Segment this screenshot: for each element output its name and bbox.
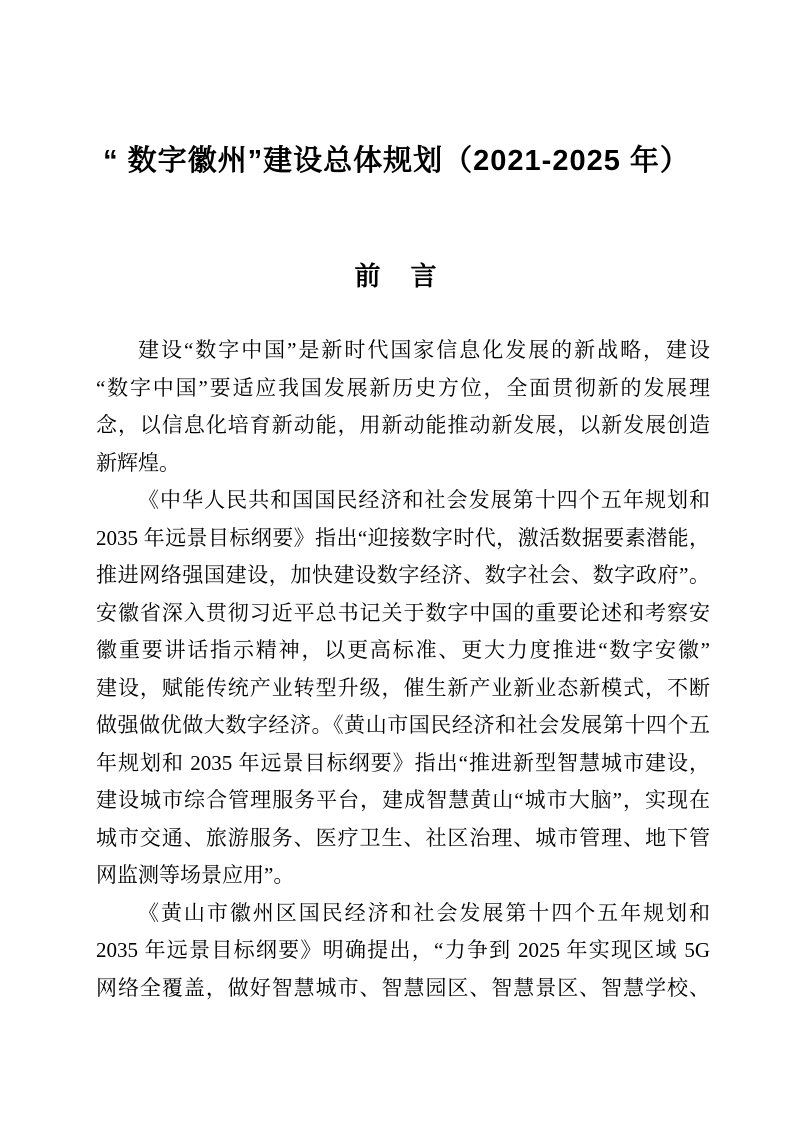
text-line: 做强做优做大数字经济。《黄山市国民经济和社会发展第十四个五: [96, 707, 710, 745]
text-line: 建设“数字中国”是新时代国家信息化发展的新战略，建设: [96, 332, 710, 370]
text-line: 《黄山市徽州区国民经济和社会发展第十四个五年规划和: [96, 895, 710, 933]
text-line: 年规划和 2035 年远景目标纲要》指出“推进新型智慧城市建设，: [96, 745, 710, 783]
text-line: 建设，赋能传统产业转型升级，催生新产业新业态新模式，不断: [96, 670, 710, 708]
text-line: 念，以信息化培育新动能，用新动能推动新发展，以新发展创造: [96, 407, 710, 445]
text-line: 《中华人民共和国国民经济和社会发展第十四个五年规划和: [96, 482, 710, 520]
text-line: 网络全覆盖，做好智慧城市、智慧园区、智慧景区、智慧学校、: [96, 970, 710, 1008]
text-line: 网监测等场景应用”。: [96, 857, 710, 895]
document-title: “ 数字徽州”建设总体规划（2021-2025 年）: [0, 141, 793, 181]
document-page: “ 数字徽州”建设总体规划（2021-2025 年） 前 言 建设“数字中国”是…: [0, 0, 793, 1122]
text-line: 建设城市综合管理服务平台，建成智慧黄山“城市大脑”，实现在: [96, 782, 710, 820]
paragraph: 《黄山市徽州区国民经济和社会发展第十四个五年规划和2035 年远景目标纲要》明确…: [96, 895, 710, 1008]
text-line: 城市交通、旅游服务、医疗卫生、社区治理、城市管理、地下管: [96, 820, 710, 858]
text-line: 徽重要讲话指示精神，以更高标准、更大力度推进“数字安徽”: [96, 632, 710, 670]
text-line: “数字中国”要适应我国发展新历史方位，全面贯彻新的发展理: [96, 370, 710, 408]
text-line: 安徽省深入贯彻习近平总书记关于数字中国的重要论述和考察安: [96, 595, 710, 633]
document-body: 建设“数字中国”是新时代国家信息化发展的新战略，建设“数字中国”要适应我国发展新…: [96, 332, 710, 1007]
text-line: 新辉煌。: [96, 445, 710, 483]
paragraph: 建设“数字中国”是新时代国家信息化发展的新战略，建设“数字中国”要适应我国发展新…: [96, 332, 710, 482]
text-line: 推进网络强国建设，加快建设数字经济、数字社会、数字政府”。: [96, 557, 710, 595]
section-heading-preface: 前 言: [0, 258, 793, 294]
text-line: 2035 年远景目标纲要》明确提出，“力争到 2025 年实现区域 5G: [96, 932, 710, 970]
text-line: 2035 年远景目标纲要》指出“迎接数字时代，激活数据要素潜能，: [96, 520, 710, 558]
paragraph: 《中华人民共和国国民经济和社会发展第十四个五年规划和2035 年远景目标纲要》指…: [96, 482, 710, 895]
